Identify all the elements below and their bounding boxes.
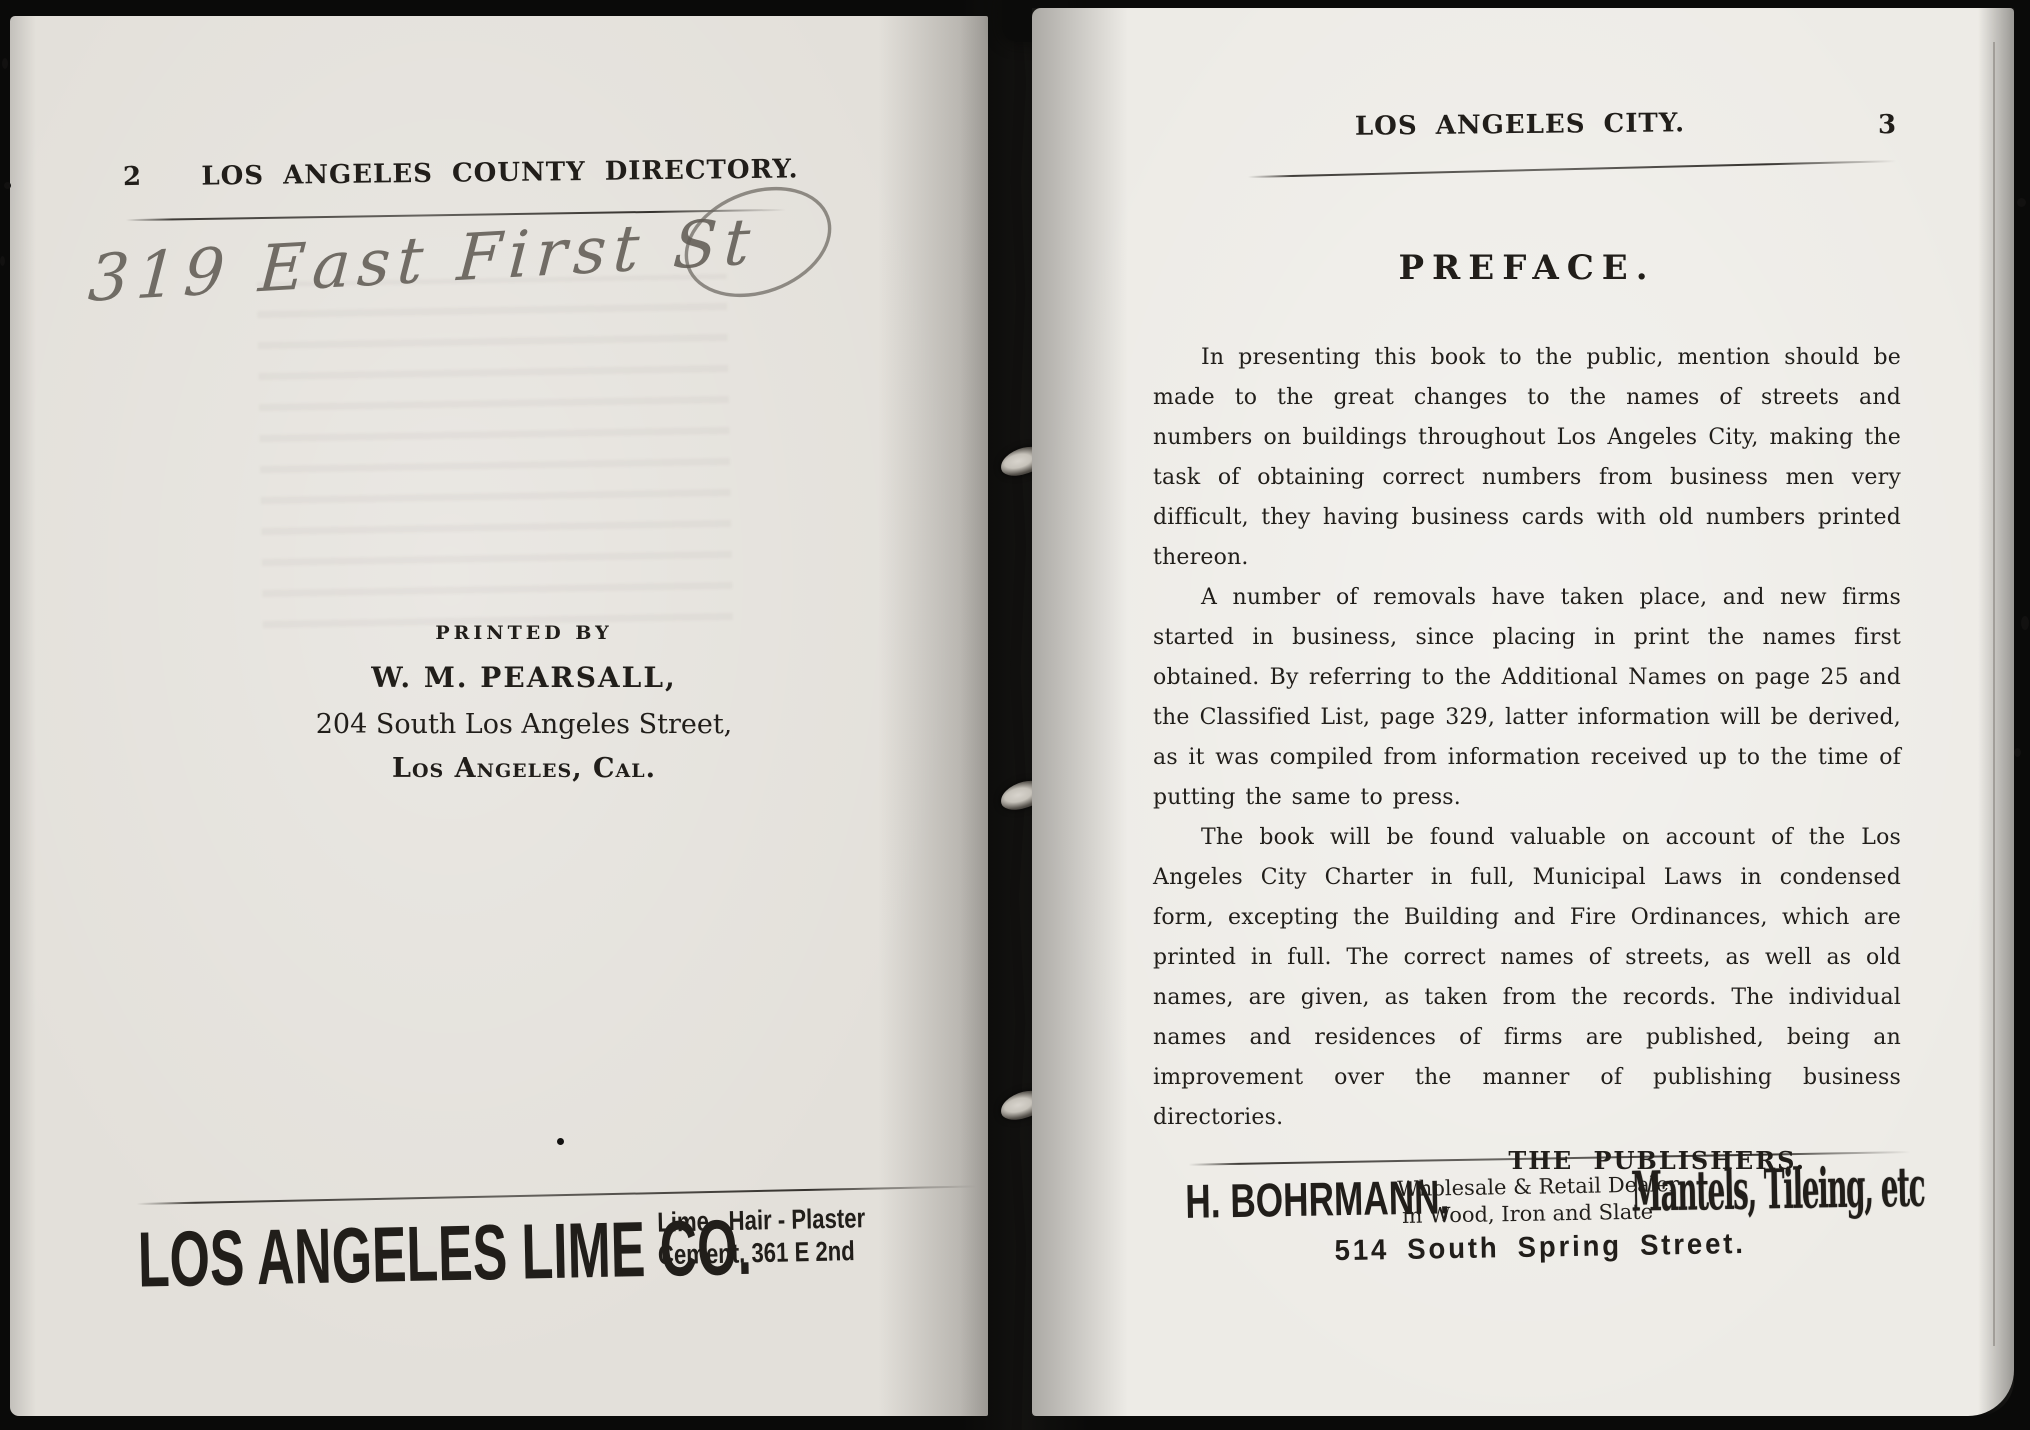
imprint-printed-by: PRINTED BY xyxy=(224,622,824,644)
right-page-number: 3 xyxy=(1878,110,1896,140)
lime-co-products-line1: Lime - Hair - Plaster xyxy=(657,1202,866,1239)
preface-paragraph-3: The book will be found valuable on accou… xyxy=(1153,818,1901,1138)
edge-speck xyxy=(2,58,8,69)
right-page: LOS ANGELES CITY. 3 PREFACE. In presenti… xyxy=(1032,8,2014,1416)
imprint-address: 204 South Los Angeles Street, xyxy=(224,709,824,740)
bohrmann-dealer-line2: in Wood, Iron and Slate xyxy=(1397,1199,1657,1231)
edge-speck xyxy=(2017,198,2026,207)
left-page: 2 LOS ANGELES COUNTY DIRECTORY. 319 East… xyxy=(10,16,988,1416)
edge-speck xyxy=(0,256,5,266)
preface-body: In presenting this book to the public, m… xyxy=(1153,338,1901,1175)
edge-speck xyxy=(4,182,11,189)
lime-co-products: Lime - Hair - Plaster Cement. 361 E 2nd xyxy=(657,1202,866,1272)
preface-paragraph-2: A number of removals have taken place, a… xyxy=(1153,578,1901,818)
book-scan: 2 LOS ANGELES COUNTY DIRECTORY. 319 East… xyxy=(0,0,2030,1430)
lime-co-products-line2: Cement. 361 E 2nd xyxy=(658,1234,867,1271)
right-running-header: LOS ANGELES CITY. xyxy=(1200,107,1840,144)
page-edge-crease xyxy=(1993,42,1995,1346)
preface-paragraph-1: In presenting this book to the public, m… xyxy=(1153,338,1901,578)
imprint-printer-name: W. M. PEARSALL, xyxy=(224,661,824,694)
right-header-rule xyxy=(1248,160,1896,178)
imprint-city: Los Angeles, Cal. xyxy=(224,753,824,784)
edge-speck xyxy=(2021,616,2029,630)
show-through-texture xyxy=(257,274,733,652)
edge-speck xyxy=(2014,748,2021,757)
bohrmann-dealer-lines: Wholesale & Retail Dealer in Wood, Iron … xyxy=(1397,1172,1658,1231)
preface-heading: PREFACE. xyxy=(1152,248,1902,288)
lime-co-ad: LOS ANGELES LIME CO. Lime - Hair - Plast… xyxy=(9,1175,990,1335)
bohrmann-products: Mantels, Tileing, etc xyxy=(1631,1155,1925,1224)
left-page-number: 2 xyxy=(123,162,142,192)
printer-imprint: PRINTED BY W. M. PEARSALL, 204 South Los… xyxy=(224,622,824,784)
bohrmann-address: 514 South Spring Street. xyxy=(1312,1228,1769,1269)
ink-speck xyxy=(557,1138,564,1145)
bohrmann-ad: H. BOHRMANN, Wholesale & Retail Dealer i… xyxy=(1031,1139,2016,1326)
